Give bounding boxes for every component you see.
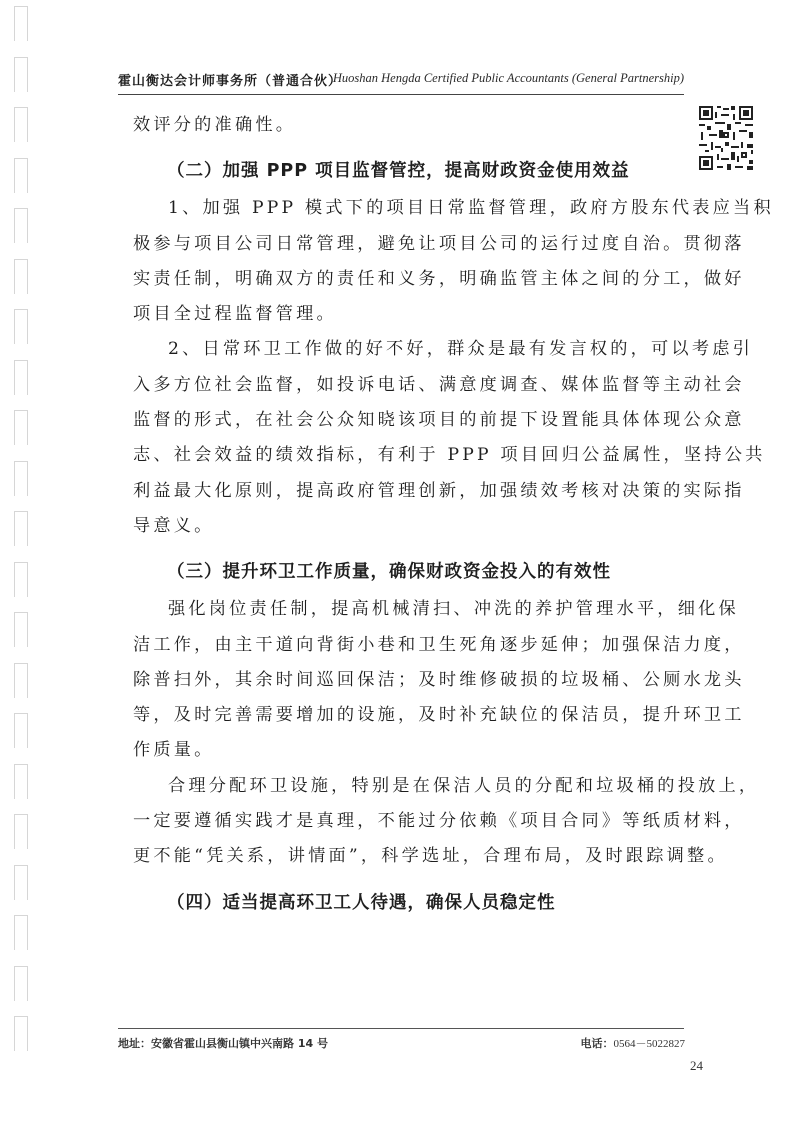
binding-hole — [14, 461, 28, 496]
binding-hole — [14, 814, 28, 849]
section-heading: （四）适当提高环卫工人待遇，确保人员稳定性 — [133, 883, 681, 923]
paragraph-line: 作质量。 — [133, 733, 681, 768]
binding-hole — [14, 309, 28, 344]
page-number: 24 — [690, 1058, 703, 1074]
firm-name-cn: 霍山衡达会计师事务所（普通合伙） — [118, 70, 342, 89]
paragraph-line: 志、社会效益的绩效指标，有利于 PPP 项目回归公益属性，坚持公共 — [133, 438, 681, 473]
footer-address: 地址：安徽省霍山县衡山镇中兴南路 14 号 — [118, 1035, 328, 1051]
paragraph-line: 入多方位社会监督，如投诉电话、满意度调查、媒体监督等主动社会 — [133, 368, 681, 403]
binding-hole — [14, 865, 28, 900]
binding-hole — [14, 57, 28, 92]
section-heading: （二）加强 PPP 项目监督管控，提高财政资金使用效益 — [133, 151, 681, 191]
binding-hole — [14, 259, 28, 294]
binding-hole — [14, 764, 28, 799]
paragraph-line: 强化岗位责任制，提高机械清扫、冲洗的养护管理水平，细化保 — [133, 592, 681, 627]
paragraph-line: 极参与项目公司日常管理，避免让项目公司的运行过度自治。贯彻落 — [133, 227, 681, 262]
paragraph-line: 效评分的准确性。 — [133, 108, 681, 143]
paragraph-line: 导意义。 — [133, 509, 681, 544]
binding-hole — [14, 1016, 28, 1051]
binding-hole — [14, 713, 28, 748]
paragraph-line: 洁工作，由主干道向背街小巷和卫生死角逐步延伸；加强保洁力度， — [133, 628, 681, 663]
binding-hole — [14, 6, 28, 41]
telephone-label: 电话： — [581, 1037, 614, 1050]
paragraph-line: 1、加强 PPP 模式下的项目日常监督管理，政府方股东代表应当积 — [133, 191, 681, 226]
spacer — [133, 875, 681, 883]
paragraph-line: 监督的形式，在社会公众知晓该项目的前提下设置能具体体现公众意 — [133, 403, 681, 438]
section-heading: （三）提升环卫工作质量，确保财政资金投入的有效性 — [133, 552, 681, 592]
paragraph-line: 2、日常环卫工作做的好不好，群众是最有发言权的，可以考虑引 — [133, 332, 681, 367]
binding-hole — [14, 410, 28, 445]
binding-hole — [14, 663, 28, 698]
paragraph-line: 一定要遵循实践才是真理，不能过分依赖《项目合同》等纸质材料， — [133, 804, 681, 839]
paragraph-line: 实责任制，明确双方的责任和义务，明确监管主体之间的分工，做好 — [133, 262, 681, 297]
telephone-number: 0564－5022827 — [614, 1038, 686, 1050]
binding-hole — [14, 107, 28, 142]
paragraph-line: 除普扫外，其余时间巡回保洁；及时维修破损的垃圾桶、公厕水龙头 — [133, 663, 681, 698]
binding-hole — [14, 966, 28, 1001]
letterhead: 霍山衡达会计师事务所（普通合伙） Huoshan Hengda Certifie… — [118, 68, 684, 92]
binding-hole — [14, 562, 28, 597]
footer-telephone: 电话：0564－5022827 — [581, 1035, 686, 1051]
paragraph-line: 利益最大化原则，提高政府管理创新，加强绩效考核对决策的实际指 — [133, 474, 681, 509]
binding-hole — [14, 612, 28, 647]
document-body: 效评分的准确性。（二）加强 PPP 项目监督管控，提高财政资金使用效益1、加强 … — [133, 108, 681, 923]
binding-hole — [14, 360, 28, 395]
firm-name-en: Huoshan Hengda Certified Public Accounta… — [333, 71, 684, 86]
binding-hole — [14, 208, 28, 243]
header-divider — [118, 94, 684, 95]
spacer — [133, 544, 681, 552]
paragraph-line: 项目全过程监督管理。 — [133, 297, 681, 332]
binding-hole — [14, 511, 28, 546]
footer-divider — [118, 1028, 684, 1029]
spacer — [133, 143, 681, 151]
qr-code-icon — [697, 104, 755, 172]
paragraph-line: 等，及时完善需要增加的设施，及时补充缺位的保洁员，提升环卫工 — [133, 698, 681, 733]
binding-hole — [14, 158, 28, 193]
paragraph-line: 更不能“凭关系，讲情面”，科学选址，合理布局，及时跟踪调整。 — [133, 839, 681, 874]
paragraph-line: 合理分配环卫设施，特别是在保洁人员的分配和垃圾桶的投放上， — [133, 769, 681, 804]
binding-hole — [14, 915, 28, 950]
